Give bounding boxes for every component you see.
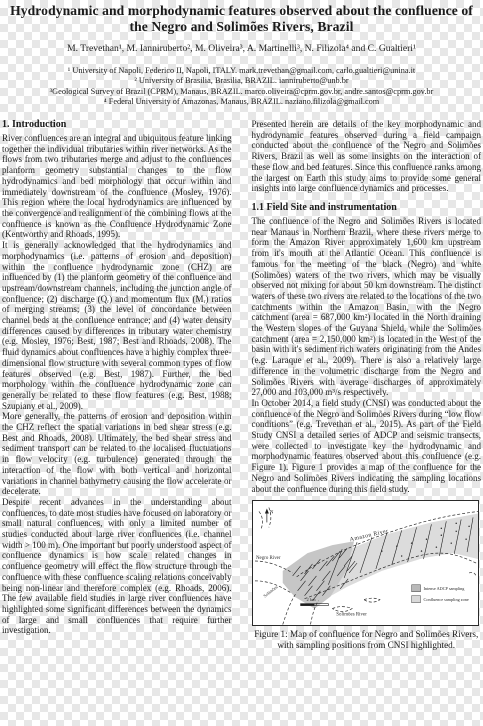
- confluence-map: N 2 km Amazon River Negro River Solimões: [252, 500, 479, 626]
- figure-caption: Figure 1: Map of confluence for Negro an…: [252, 629, 482, 650]
- affiliations-block: ¹ University of Napoli, Federico II, Nap…: [8, 66, 475, 108]
- paragraph: Presented herein are details of the key …: [252, 119, 482, 194]
- two-column-body: 1. Introduction River confluences are an…: [0, 119, 483, 650]
- paragraph: More generally, the patterns of erosion …: [2, 411, 232, 497]
- solimoes-upstream-label: Solimões: [262, 584, 278, 598]
- affiliation-line: ¹ University of Napoli, Federico II, Nap…: [8, 66, 475, 77]
- solimoes-river-label: Solimões River: [336, 613, 367, 618]
- scale-label: 2 km: [306, 597, 316, 602]
- affiliation-line: ³Geological Survey of Brazil (CPRM), Man…: [8, 87, 475, 98]
- legend-swatch-zone: [411, 596, 420, 603]
- affiliation-line: ² University of Brasilia, Brasilia, BRAZ…: [8, 76, 475, 87]
- paragraph: River confluences are an integral and ub…: [2, 133, 232, 240]
- paragraph: It is generally acknowledged that the hy…: [2, 240, 232, 411]
- column-right: Presented herein are details of the key …: [252, 119, 482, 650]
- map-legend: Intense ADCP sampling Confluence samplin…: [411, 585, 468, 603]
- negro-river-label: Negro River: [255, 556, 280, 561]
- legend-swatch-adcp: [411, 585, 420, 592]
- paragraph: In October 2014, a field study (CNSI) wa…: [252, 398, 482, 494]
- paragraph: Despite recent advances in the understan…: [2, 497, 232, 636]
- north-label: N: [269, 511, 273, 516]
- figure-1: N 2 km Amazon River Negro River Solimões: [252, 500, 482, 650]
- section-heading-introduction: 1. Introduction: [2, 119, 232, 131]
- authors-line: M. Trevethan¹, M. Ianniruberto², M. Oliv…: [8, 43, 475, 54]
- north-arrow-icon: N: [264, 509, 273, 523]
- column-left: 1. Introduction River confluences are an…: [2, 119, 232, 650]
- map-canvas: N 2 km Amazon River Negro River Solimões: [253, 501, 478, 625]
- section-heading-field-site: 1.1 Field Site and instrumentation: [252, 202, 482, 214]
- paragraph: The confluence of the Negro and Solimões…: [252, 216, 482, 398]
- paper-title: Hydrodynamic and morphodynamic features …: [8, 3, 475, 36]
- legend-label-adcp: Intense ADCP sampling: [423, 587, 465, 592]
- legend-label-zone: Confluence sampling zone: [423, 597, 468, 602]
- affiliation-line: ⁴ Federal University of Amazonas, Manaus…: [8, 97, 475, 108]
- paper-page: Hydrodynamic and morphodynamic features …: [0, 0, 483, 726]
- paper-header: Hydrodynamic and morphodynamic features …: [0, 0, 483, 108]
